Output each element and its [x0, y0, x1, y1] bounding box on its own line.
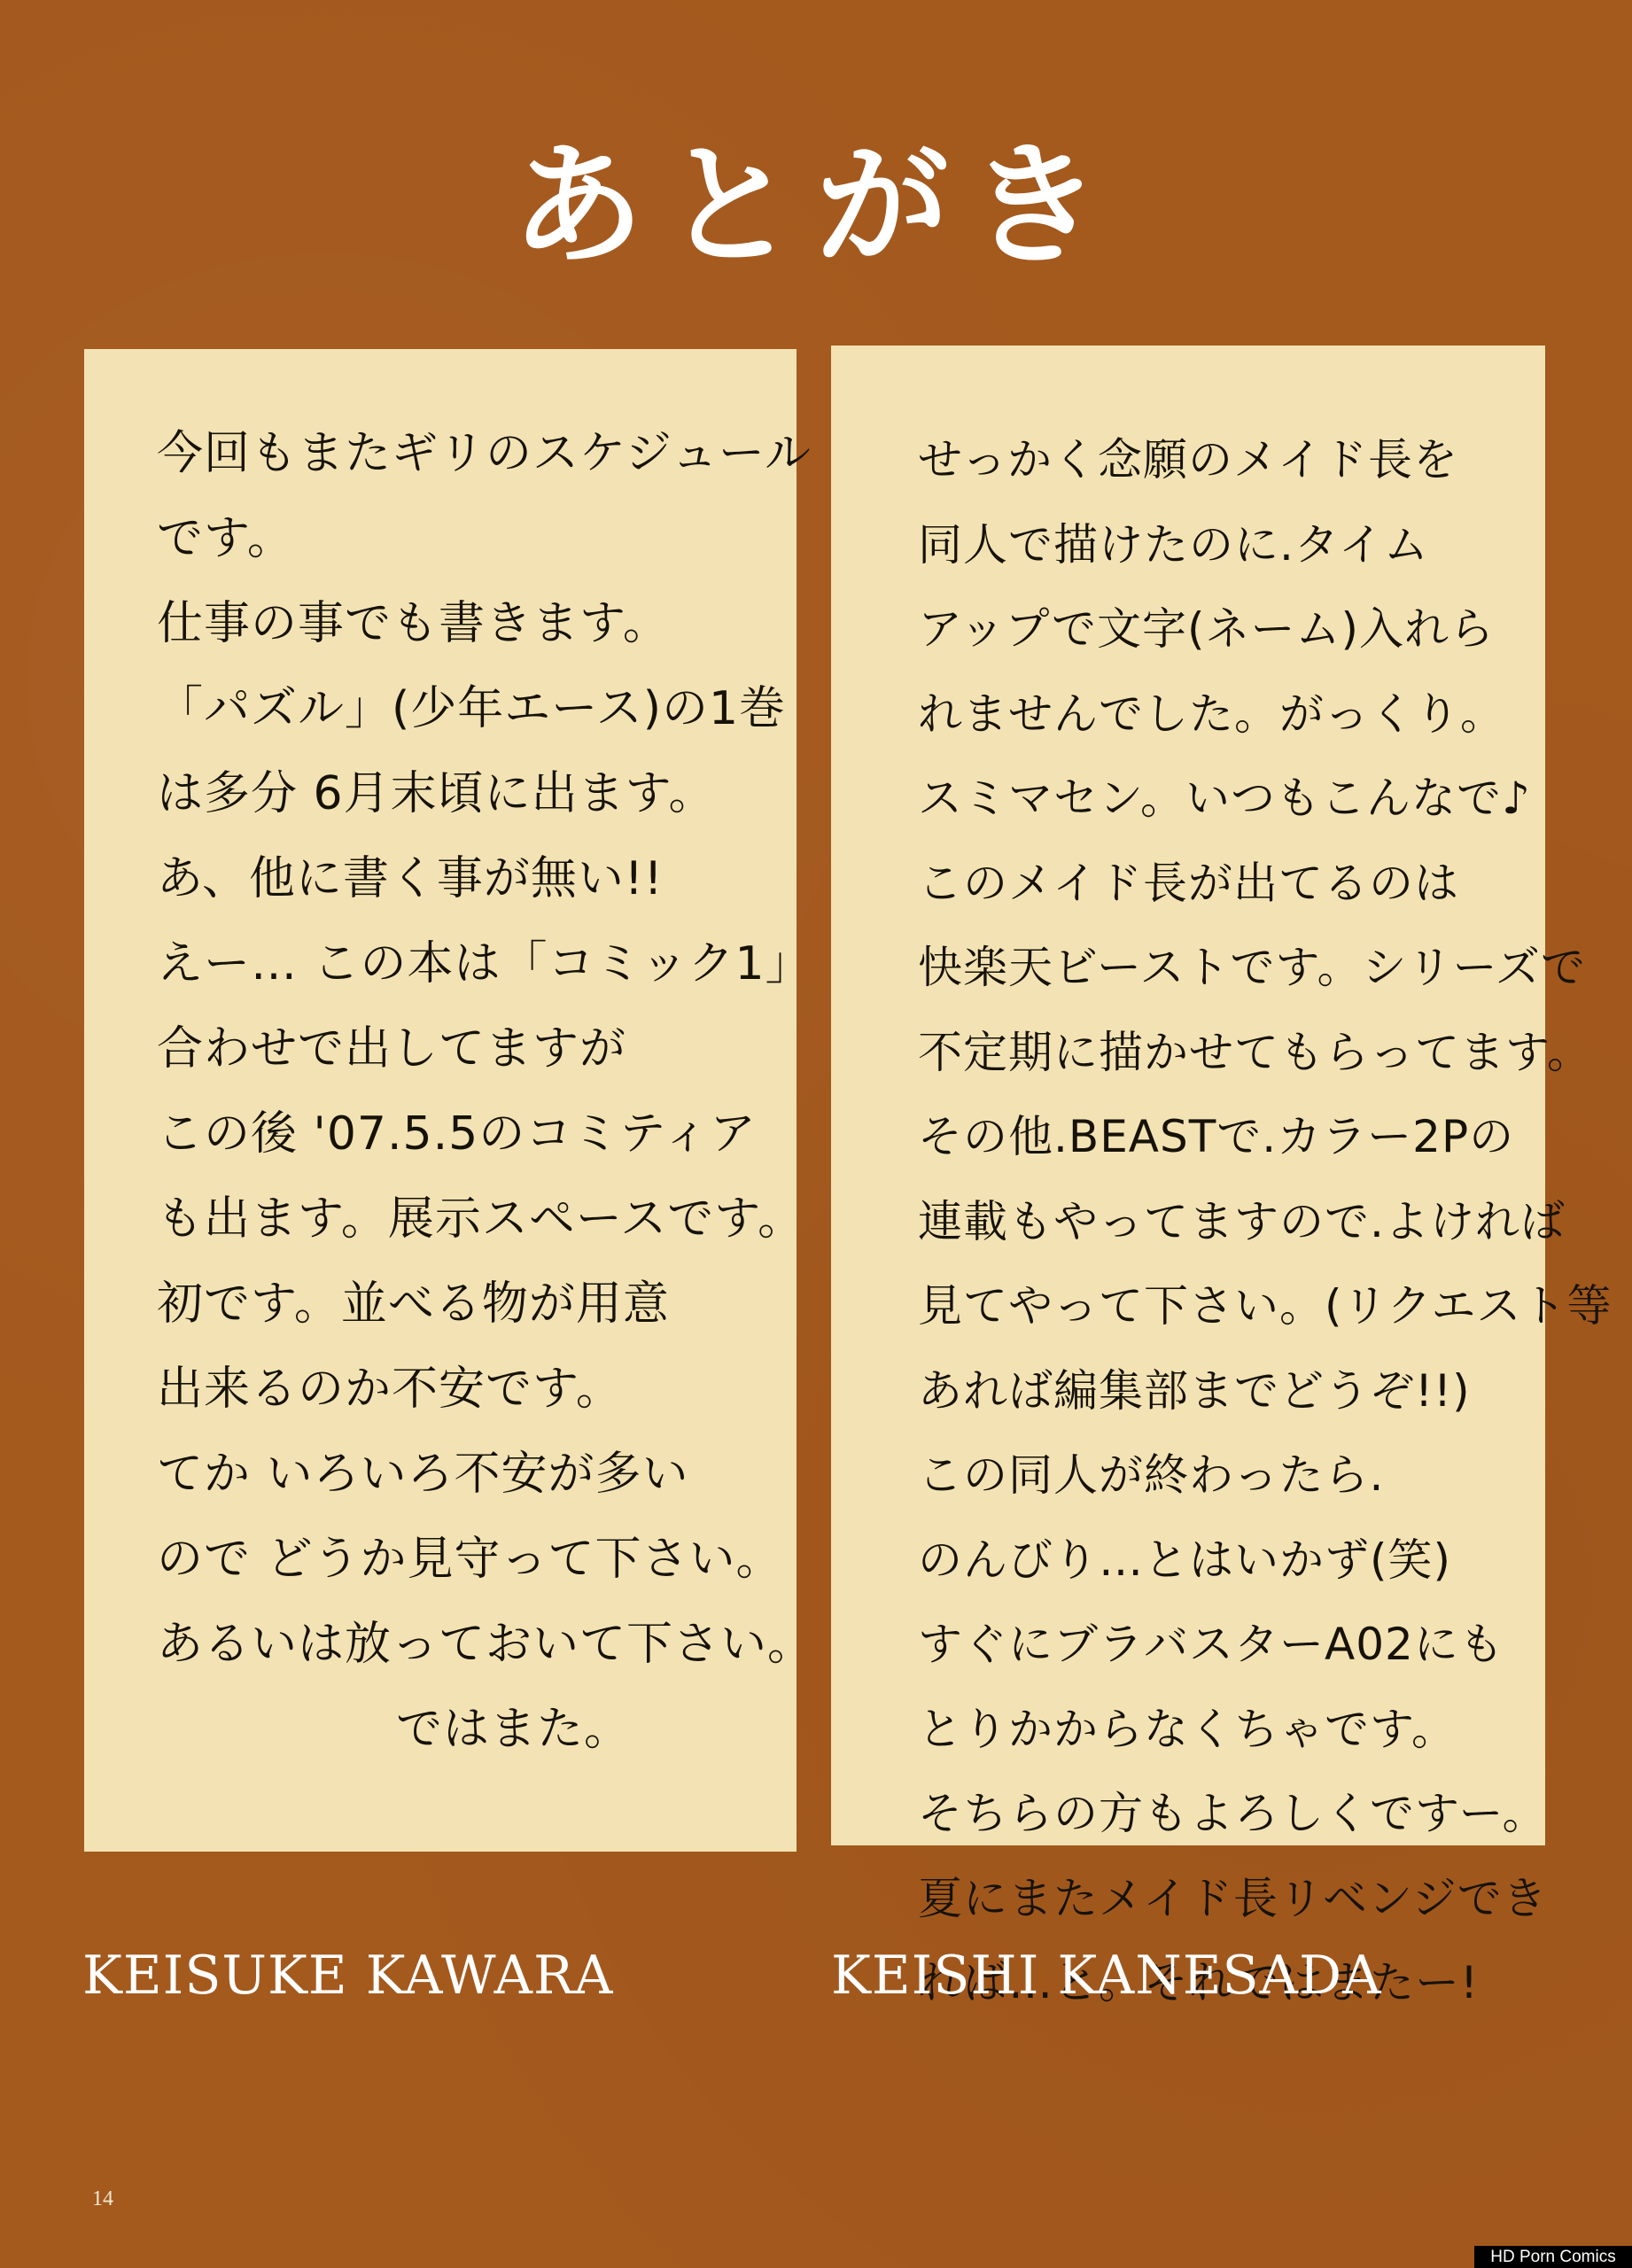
author-name-left: KEISUKE KAWARA	[82, 1940, 614, 2011]
afterword-panel-right: せっかく念願のメイド長を 同人で描けたのに.タイム アップで文字(ネーム)入れら…	[831, 346, 1545, 1845]
note-line: このメイド長が出てるのは	[918, 842, 1545, 927]
note-line: てか いろいろ不安が多い	[157, 1432, 797, 1517]
note-line: 合わせで出してますが	[157, 1006, 797, 1091]
note-line: せっかく念願のメイド長を	[918, 418, 1545, 503]
note-line-signoff: ではまた。	[157, 1687, 797, 1772]
note-line: 連載もやってますので.よければ	[918, 1180, 1545, 1265]
page-number: 14	[92, 2186, 113, 2211]
note-line: その他.BEASTで.カラー2Pの	[918, 1095, 1545, 1180]
note-line: 「パズル」(少年エース)の1巻	[157, 666, 797, 751]
note-line: あれば編集部までどうぞ!!)	[918, 1349, 1545, 1434]
note-line: 快楽天ビーストです。シリーズで	[918, 926, 1545, 1011]
note-line: 夏にまたメイド長リベンジでき	[918, 1857, 1545, 1942]
page-title: あとがき	[0, 131, 1632, 282]
note-line: も出ます。展示スペースです。	[157, 1177, 797, 1262]
note-line: スミマセン。いつもこんなで♪	[918, 757, 1545, 842]
note-line: とりかからなくちゃです。	[918, 1688, 1545, 1773]
note-line: 同人で描けたのに.タイム	[918, 503, 1545, 588]
note-line: ので どうか見守って下さい。	[157, 1517, 797, 1602]
note-line: えー… この本は「コミック1」	[157, 921, 797, 1006]
note-line: れませんでした。がっくり。	[918, 672, 1545, 757]
note-line: すぐにブラバスターA02にも	[918, 1603, 1545, 1688]
note-line: この後 '07.5.5のコミティア	[157, 1091, 797, 1177]
note-line: 初です。並べる物が用意	[157, 1262, 797, 1347]
note-line: 見てやって下さい。(リクエスト等	[918, 1264, 1545, 1349]
watermark-label: HD Porn Comics	[1474, 2246, 1632, 2268]
note-line: 不定期に描かせてもらってます。	[918, 1011, 1545, 1096]
note-line: 今回もまたギリのスケジュール	[157, 411, 797, 496]
note-line: 出来るのか不安です。	[157, 1347, 797, 1432]
note-line: 仕事の事でも書きます。	[157, 581, 797, 666]
note-line: あ、他に書く事が無い!!	[157, 836, 797, 921]
author-name-right: KEISHI KANESADA	[831, 1940, 1381, 2011]
note-line: あるいは放っておいて下さい。	[157, 1602, 797, 1687]
note-line: は多分 6月末頃に出ます。	[157, 751, 797, 836]
afterword-panel-left: 今回もまたギリのスケジュール です。 仕事の事でも書きます。 「パズル」(少年エ…	[84, 349, 797, 1852]
note-line: そちらの方もよろしくですー。	[918, 1772, 1545, 1857]
note-line: です。	[157, 496, 797, 581]
note-line: のんびり…とはいかず(笑)	[918, 1518, 1545, 1604]
note-line: アップで文字(ネーム)入れら	[918, 587, 1545, 672]
note-line: この同人が終わったら.	[918, 1433, 1545, 1518]
